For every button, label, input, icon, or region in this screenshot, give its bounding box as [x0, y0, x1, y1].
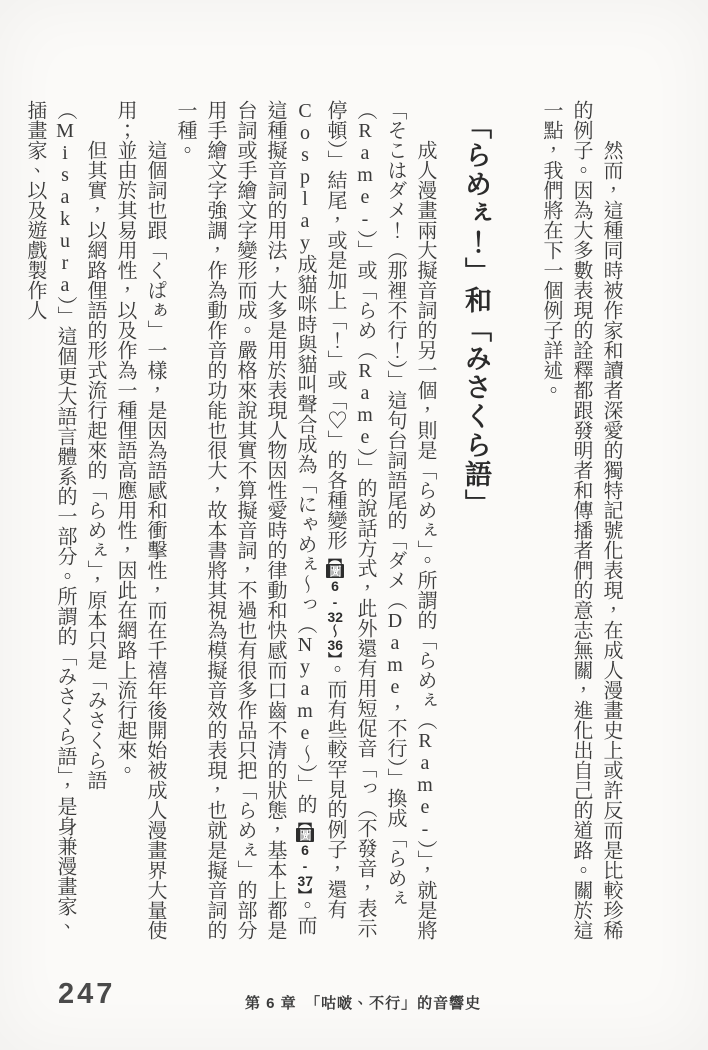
- vertical-text-block: 然而，這種同時被作家和讀者深愛的獨特記號化表現，在成人漫畫史上或許反而是比較珍稀…: [20, 100, 626, 942]
- section-heading: 「らめぇ！」和「みさくら語」: [454, 100, 498, 942]
- figref-bracket-open: 【: [297, 814, 313, 828]
- paragraph-rame: 成人漫畫兩大擬音詞的另一個，則是「らめぇ」。所謂的「らめぇ（Rame-）」，就是…: [170, 100, 440, 942]
- figref-number: 37: [297, 874, 313, 888]
- page-number: 247: [58, 978, 115, 1011]
- figref-hyphen: -: [327, 594, 343, 610]
- figure-box-icon: 圖: [296, 828, 314, 842]
- figure-reference-6-37: 【圖6-37】: [297, 814, 313, 895]
- figref-number: 32: [327, 610, 343, 624]
- chapter-running-title: 第 6 章 「咕啵、不行」的音響史: [245, 992, 481, 1013]
- intro-paragraph: 然而，這種同時被作家和讀者深愛的獨特記號化表現，在成人漫畫史上或許反而是比較珍稀…: [536, 100, 626, 942]
- paragraph-misakura: 但其實，以網路俚語的形式流行起來的「らめぇ」，原本只是「みさくら語（Misaku…: [20, 100, 110, 942]
- figref-hyphen: -: [297, 858, 313, 874]
- paragraph-kupaa: 這個詞也跟「くぱぁ」一樣，是因為語感和衝擊性，而在千禧年後開始被成人漫畫界大量使…: [110, 100, 170, 942]
- figref-tilde: ～: [327, 624, 343, 638]
- book-page: 然而，這種同時被作家和讀者深愛的獨特記號化表現，在成人漫畫史上或許反而是比較珍稀…: [0, 0, 708, 1050]
- figref-bracket-close: 】: [327, 652, 343, 659]
- figure-box-icon: 圖: [326, 564, 344, 578]
- figref-number: 36: [327, 638, 343, 652]
- figref-bracket-close: 】: [297, 888, 313, 895]
- figref-number: 6: [297, 842, 313, 858]
- figref-number: 6: [327, 578, 343, 594]
- figref-bracket-open: 【: [327, 550, 343, 564]
- figure-reference-6-32-36: 【圖6-32～36】: [327, 550, 343, 659]
